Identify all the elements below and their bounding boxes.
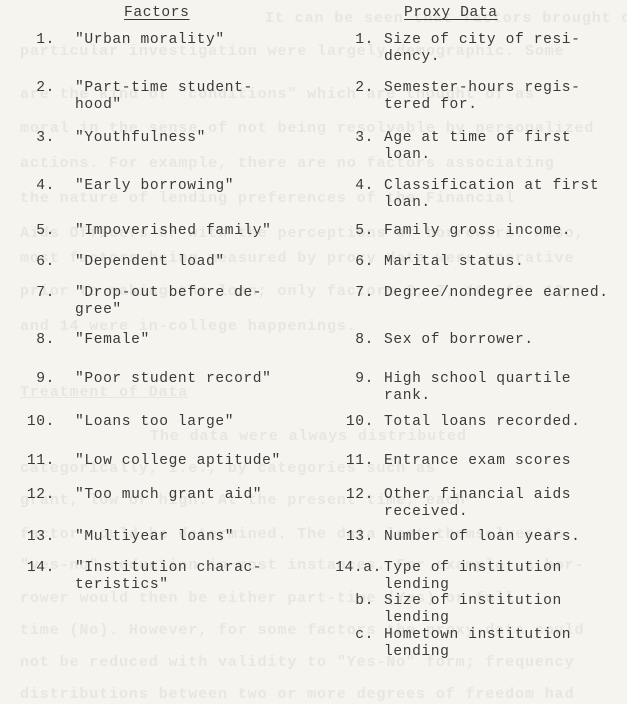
- factor-number: 7.: [36, 285, 55, 301]
- bleed-line: distributions between two or more degree…: [20, 686, 574, 703]
- proxy-number: 10.: [338, 414, 374, 430]
- factor-number: 2.: [36, 80, 55, 96]
- proxy-number: 12.: [338, 487, 374, 503]
- proxy-data-text: Size of institution lending: [384, 593, 562, 627]
- factor-label: "Too much grant aid": [75, 487, 262, 504]
- proxy-data-text: Size of city of resi- dency.: [384, 32, 581, 66]
- factor-number: 1.: [36, 32, 55, 48]
- proxy-data-text: Semester-hours regis- tered for.: [384, 80, 581, 114]
- proxy-sub-label: b.: [338, 593, 374, 609]
- factor-label: "Institution charac- teristics": [75, 560, 262, 594]
- factor-label: "Dependent load": [75, 254, 225, 271]
- factor-label: "Early borrowing": [75, 178, 234, 195]
- bleed-line: and 14 were in-college happenings.: [20, 318, 357, 335]
- factor-label: "Female": [75, 332, 150, 349]
- factor-number: 8.: [36, 332, 55, 348]
- factor-number: 13.: [27, 529, 55, 545]
- factor-label: "Low college aptitude": [75, 453, 281, 470]
- proxy-number: 8.: [338, 332, 374, 348]
- proxy-data-text: Entrance exam scores: [384, 453, 571, 470]
- factor-label: "Youthfulness": [75, 130, 206, 147]
- proxy-number: 13.: [338, 529, 374, 545]
- proxy-data-text: Family gross income.: [384, 223, 571, 240]
- factor-label: "Part-time student- hood": [75, 80, 253, 114]
- factor-number: 5.: [36, 223, 55, 239]
- factor-number: 14.: [27, 560, 55, 576]
- factor-label: "Multiyear loans": [75, 529, 234, 546]
- proxy-number: 7.: [338, 285, 374, 301]
- proxy-number: 6.: [338, 254, 374, 270]
- proxy-data-text: Age at time of first loan.: [384, 130, 571, 164]
- proxy-number: 9.: [338, 371, 374, 387]
- proxy-data-text: Marital status.: [384, 254, 524, 271]
- factors-column-header: Factors: [124, 5, 190, 21]
- proxy-number: 14.a.: [322, 560, 382, 576]
- factor-label: "Loans too large": [75, 414, 234, 431]
- proxy-data-text: High school quartile rank.: [384, 371, 571, 405]
- proxy-data-text: Hometown institution lending: [384, 627, 571, 661]
- factor-number: 3.: [36, 130, 55, 146]
- factor-number: 9.: [36, 371, 55, 387]
- proxy-data-text: Type of institution lending: [384, 560, 562, 594]
- proxy-data-text: Number of loan years.: [384, 529, 581, 546]
- proxy-number: 1.: [338, 32, 374, 48]
- factor-label: "Poor student record": [75, 371, 272, 388]
- proxy-sub-label: c.: [338, 627, 374, 643]
- proxy-number: 5.: [338, 223, 374, 239]
- factor-label: "Impoverished family": [75, 223, 272, 240]
- factor-label: "Urban morality": [75, 32, 225, 49]
- factor-number: 12.: [27, 487, 55, 503]
- proxy-data-column-header: Proxy Data: [404, 5, 498, 21]
- proxy-number: 4.: [338, 178, 374, 194]
- proxy-number: 11.: [338, 453, 374, 469]
- proxy-data-text: Degree/nondegree earned.: [384, 285, 609, 302]
- factor-number: 6.: [36, 254, 55, 270]
- proxy-data-text: Other financial aids received.: [384, 487, 571, 521]
- proxy-data-text: Sex of borrower.: [384, 332, 534, 349]
- proxy-data-text: Classification at first loan.: [384, 178, 599, 212]
- factor-label: "Drop-out before de- gree": [75, 285, 262, 319]
- factor-number: 11.: [27, 453, 55, 469]
- factor-number: 10.: [27, 414, 55, 430]
- factor-number: 4.: [36, 178, 55, 194]
- proxy-number: 2.: [338, 80, 374, 96]
- proxy-data-text: Total loans recorded.: [384, 414, 581, 431]
- proxy-number: 3.: [338, 130, 374, 146]
